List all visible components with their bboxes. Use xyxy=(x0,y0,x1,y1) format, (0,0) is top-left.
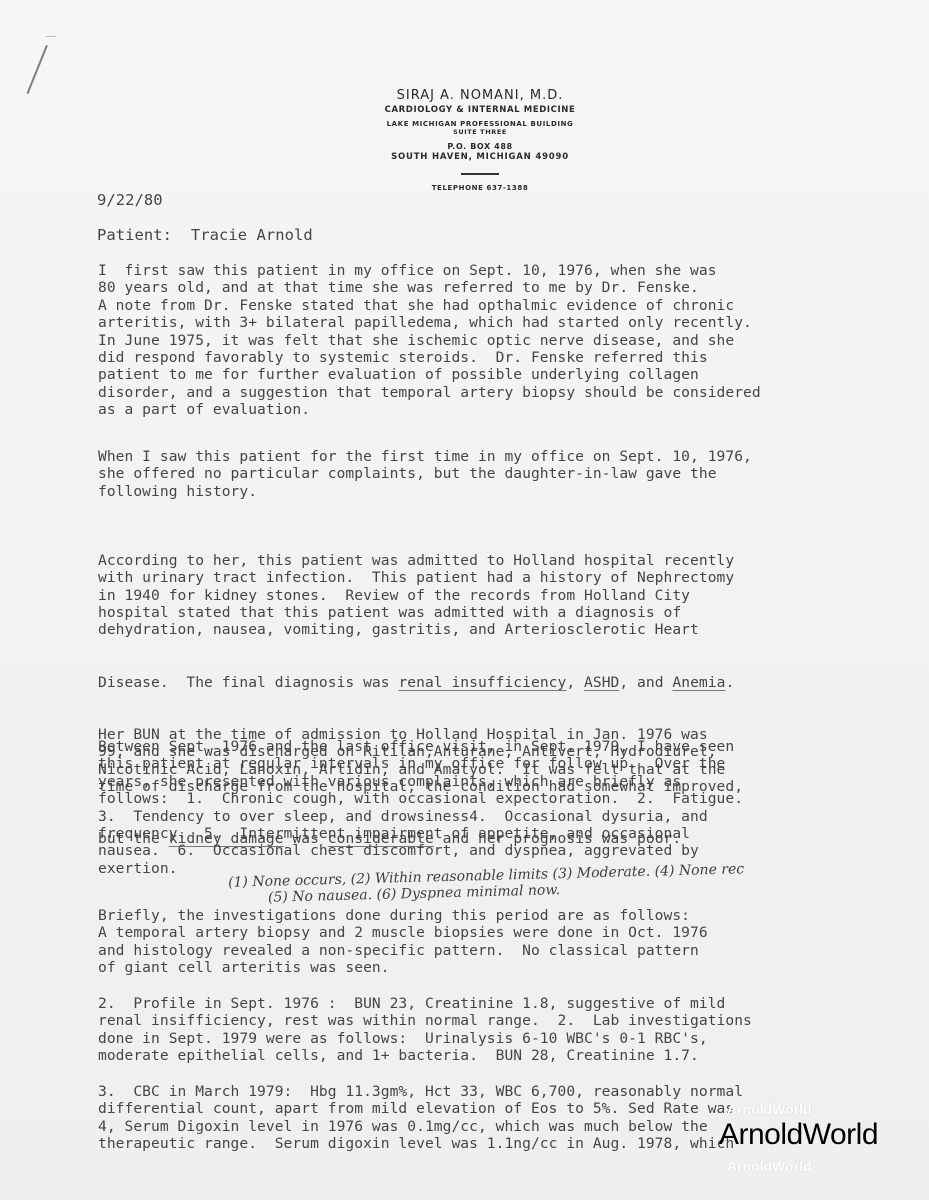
text-line: of giant cell arteritis was seen. xyxy=(98,959,708,976)
text-line: as a part of evaluation. xyxy=(98,401,761,418)
diagnosis-line: Disease. The final diagnosis was renal i… xyxy=(98,674,743,691)
text-line: 3. Tendency to over sleep, and drowsines… xyxy=(98,808,743,825)
text-line: According to her, this patient was admit… xyxy=(98,552,743,569)
underlined-ashd: ASHD xyxy=(584,674,619,691)
text-line: When I saw this patient for the first ti… xyxy=(98,448,752,465)
text-line: 3. CBC in March 1979: Hbg 11.3gm%, Hct 3… xyxy=(98,1083,743,1100)
letterhead: SIRAJ A. NOMANI, M.D. CARDIOLOGY & INTER… xyxy=(340,84,620,192)
text-line: I first saw this patient in my office on… xyxy=(98,262,761,279)
text: Disease. The final diagnosis was xyxy=(98,674,398,691)
text-line: renal insifficiency, rest was within nor… xyxy=(98,1012,752,1029)
text-line: following history. xyxy=(98,483,752,500)
text-line: therapeutic range. Serum digoxin level w… xyxy=(98,1135,743,1152)
text-line: disorder, and a suggestion that temporal… xyxy=(98,384,761,401)
pen-stroke xyxy=(27,45,48,94)
suite: SUITE THREE xyxy=(340,128,620,136)
pen-mark xyxy=(46,36,56,37)
text-line: Between Sept. 1976 and the last office v… xyxy=(98,738,743,755)
text-line: follows: 1. Chronic cough, with occasion… xyxy=(98,790,743,807)
text-line: years, she presented with various compla… xyxy=(98,773,743,790)
text-line: frequency. 5. Intermittent impairment of… xyxy=(98,825,743,842)
text-line: and histology revealed a non-specific pa… xyxy=(98,942,708,959)
paragraph-first-visit: When I saw this patient for the first ti… xyxy=(98,448,752,500)
physician-name: SIRAJ A. NOMANI, M.D. xyxy=(340,88,620,103)
divider xyxy=(461,173,499,175)
watermark-large: ArnoldWorld xyxy=(719,1118,878,1152)
paragraph-profile: 2. Profile in Sept. 1976 : BUN 23, Creat… xyxy=(98,995,752,1065)
text-line: 80 years old, and at that time she was r… xyxy=(98,279,761,296)
text-line: hospital stated that this patient was ad… xyxy=(98,604,743,621)
watermark-small-bottom: ArnoldWorld xyxy=(727,1158,812,1174)
text-line: In June 1975, it was felt that she ische… xyxy=(98,332,761,349)
text-line: done in Sept. 1979 were as follows: Urin… xyxy=(98,1030,752,1047)
watermark-small-top: ArnoldWorld xyxy=(727,1101,812,1117)
building: LAKE MICHIGAN PROFESSIONAL BUILDING xyxy=(340,120,620,128)
paragraph-complaints: Between Sept. 1976 and the last office v… xyxy=(98,738,743,877)
paragraph-investigations: Briefly, the investigations done during … xyxy=(98,907,708,977)
text-line: patient to me for further evaluation of … xyxy=(98,366,761,383)
paragraph-cbc: 3. CBC in March 1979: Hbg 11.3gm%, Hct 3… xyxy=(98,1083,743,1153)
text-line: in 1940 for kidney stones. Review of the… xyxy=(98,587,743,604)
patient-line: Patient: Tracie Arnold xyxy=(97,227,313,244)
history-lines: According to her, this patient was admit… xyxy=(98,552,743,639)
text-line: this patient at regular intervals in my … xyxy=(98,755,743,772)
text-line: Briefly, the investigations done during … xyxy=(98,907,708,924)
letter-page: SIRAJ A. NOMANI, M.D. CARDIOLOGY & INTER… xyxy=(0,0,929,1200)
text-line: did respond favorably to systemic steroi… xyxy=(98,349,761,366)
text: . xyxy=(725,674,734,691)
specialty: CARDIOLOGY & INTERNAL MEDICINE xyxy=(340,105,620,115)
telephone: TELEPHONE 637-1388 xyxy=(340,184,620,192)
text-line: nausea. 6. Occasional chest discomfort, … xyxy=(98,842,743,859)
text-line: arteritis, with 3+ bilateral papilledema… xyxy=(98,314,761,331)
text-line: with urinary tract infection. This patie… xyxy=(98,569,743,586)
text-line: 2. Profile in Sept. 1976 : BUN 23, Creat… xyxy=(98,995,752,1012)
po-box: P.O. BOX 488 xyxy=(340,142,620,151)
text-line: moderate epithelial cells, and 1+ bacter… xyxy=(98,1047,752,1064)
text-line: differential count, apart from mild elev… xyxy=(98,1100,743,1117)
text-line: A temporal artery biopsy and 2 muscle bi… xyxy=(98,924,708,941)
city-address: SOUTH HAVEN, MICHIGAN 49090 xyxy=(340,152,620,162)
letter-date: 9/22/80 xyxy=(97,192,163,209)
underlined-renal-insufficiency: renal insufficiency xyxy=(398,674,566,691)
underlined-anemia: Anemia xyxy=(672,674,725,691)
text-line: A note from Dr. Fenske stated that she h… xyxy=(98,297,761,314)
paragraph-referral: I first saw this patient in my office on… xyxy=(98,262,761,419)
text: , xyxy=(566,674,584,691)
text-line: 4, Serum Digoxin level in 1976 was 0.1mg… xyxy=(98,1118,743,1135)
text-line: dehydration, nausea, vomiting, gastritis… xyxy=(98,621,743,638)
text-line: she offered no particular complaints, bu… xyxy=(98,465,752,482)
text: , and xyxy=(619,674,672,691)
